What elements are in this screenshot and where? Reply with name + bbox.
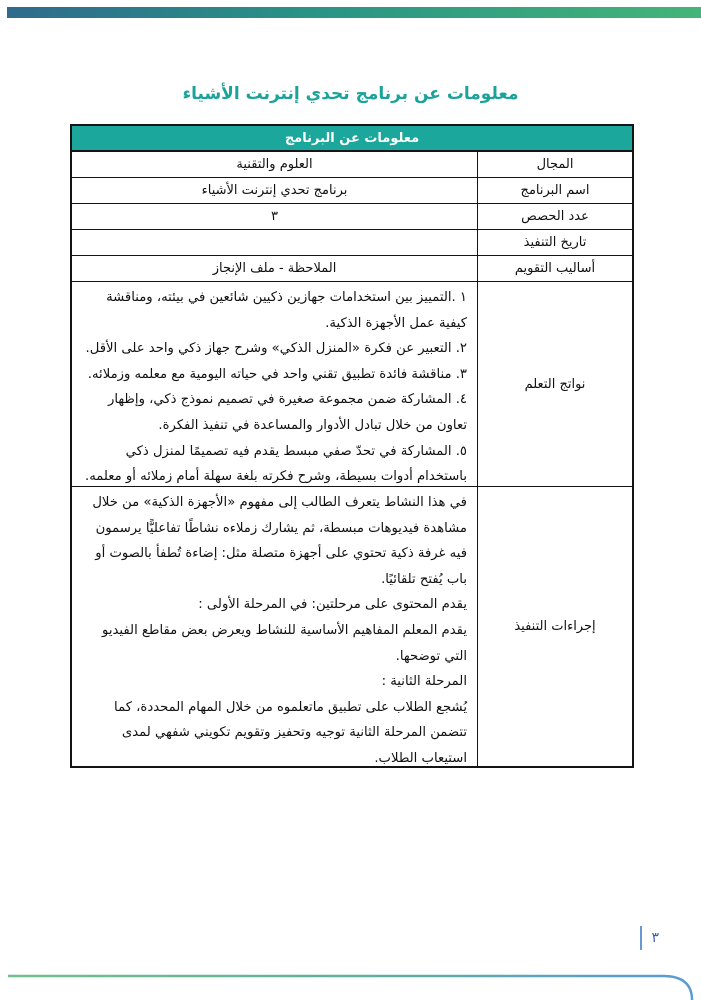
table-row-program-name: اسم البرنامج برنامج تحدي إنترنت الأشياء: [72, 178, 632, 204]
procedure-paragraph: يقدم المعلم المفاهيم الأساسية للنشاط ويع…: [84, 618, 467, 669]
learning-outcomes-text: ١ .التمييز بين استخدامات جهازين ذكيين شا…: [72, 282, 477, 486]
row-value: [72, 230, 477, 255]
procedure-paragraph: المرحلة الثانية :: [84, 669, 467, 695]
document-page: معلومات عن برنامج تحدي إنترنت الأشياء مع…: [0, 0, 701, 1000]
top-gradient-bar: [7, 7, 701, 18]
row-label: عدد الحصص: [477, 204, 632, 229]
page-number-value: ٣: [651, 926, 659, 950]
row-value: الملاحظة - ملف الإنجاز: [72, 256, 477, 281]
outcome-item: ٥. المشاركة في تحدّ صفي مبسط يقدم فيه تص…: [84, 439, 467, 490]
procedure-paragraph: يقدم المحتوى على مرحلتين: في المرحلة الأ…: [84, 592, 467, 618]
table-row-implementation-procedures: إجراءات التنفيذ في هذا النشاط يتعرف الطا…: [72, 487, 632, 766]
row-label: أساليب التقويم: [477, 256, 632, 281]
procedure-paragraph: في هذا النشاط يتعرف الطالب إلى مفهوم «ال…: [84, 490, 467, 592]
outcome-item: ٢. التعبير عن فكرة «المنزل الذكي» وشرح ج…: [84, 336, 467, 362]
table-row-learning-outcomes: نواتج التعلم ١ .التمييز بين استخدامات جه…: [72, 282, 632, 487]
row-value: برنامج تحدي إنترنت الأشياء: [72, 178, 477, 203]
outcome-item: ١ .التمييز بين استخدامات جهازين ذكيين شا…: [84, 285, 467, 336]
program-info-table: معلومات عن البرنامج المجال العلوم والتقن…: [70, 124, 634, 768]
page-title: معلومات عن برنامج تحدي إنترنت الأشياء: [0, 84, 701, 104]
page-number: ٣: [640, 926, 659, 950]
table-header: معلومات عن البرنامج: [72, 126, 632, 152]
outcome-item: ٤. المشاركة ضمن مجموعة صغيرة في تصميم نم…: [84, 387, 467, 438]
table-row-evaluation-methods: أساليب التقويم الملاحظة - ملف الإنجاز: [72, 256, 632, 282]
row-value: ٣: [72, 204, 477, 229]
bottom-curve-decoration: [0, 972, 701, 1000]
table-row-field: المجال العلوم والتقنية: [72, 152, 632, 178]
row-label: إجراءات التنفيذ: [477, 487, 632, 766]
outcome-item: ٣. مناقشة فائدة تطبيق تقني واحد في حياته…: [84, 362, 467, 388]
row-label: المجال: [477, 152, 632, 177]
row-value: العلوم والتقنية: [72, 152, 477, 177]
implementation-procedures-text: في هذا النشاط يتعرف الطالب إلى مفهوم «ال…: [72, 487, 477, 766]
procedure-paragraph: يُشجع الطلاب على تطبيق ماتعلموه من خلال …: [84, 695, 467, 772]
row-label: تاريخ التنفيذ: [477, 230, 632, 255]
table-row-sessions-count: عدد الحصص ٣: [72, 204, 632, 230]
row-label: اسم البرنامج: [477, 178, 632, 203]
table-row-execution-date: تاريخ التنفيذ: [72, 230, 632, 256]
row-label: نواتج التعلم: [477, 282, 632, 486]
page-number-separator: [640, 926, 642, 950]
